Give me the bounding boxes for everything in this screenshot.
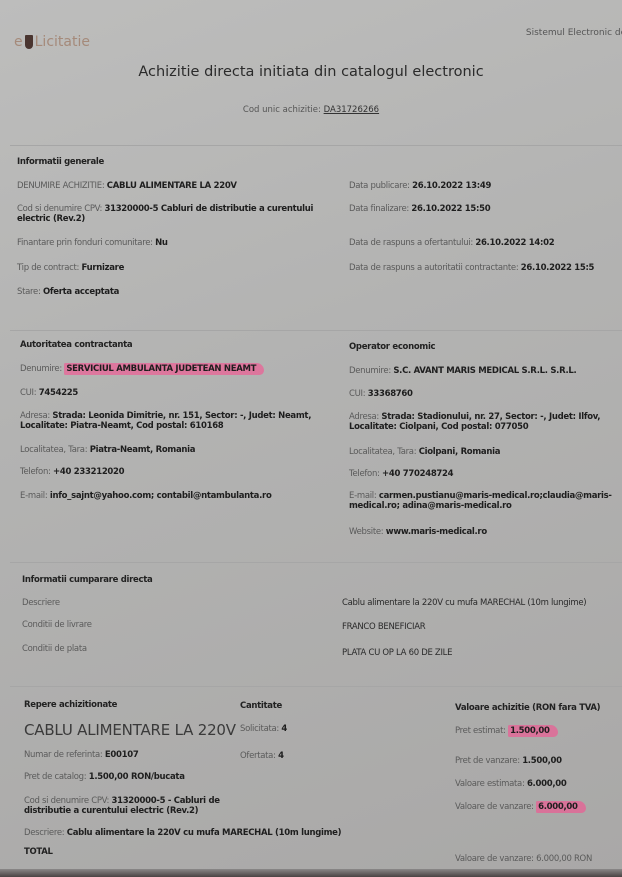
operator-website: Website: www.maris-medical.ro bbox=[349, 527, 487, 537]
label: Cod si denumire CPV: bbox=[24, 796, 109, 806]
unique-code-label: Cod unic achizitie: bbox=[243, 105, 321, 115]
value: Strada: Stadionului, nr. 27, Sector: -, … bbox=[349, 412, 600, 432]
value: +40 770248724 bbox=[382, 469, 453, 479]
page-title: Achizitie directa initiata din catalogul… bbox=[0, 64, 622, 80]
operator-name: Denumire: S.C. AVANT MARIS MEDICAL S.R.L… bbox=[349, 366, 576, 376]
catalog-price: Pret de catalog: 1.500,00 RON/bucata bbox=[24, 772, 185, 782]
label: Adresa: bbox=[20, 411, 50, 421]
authority-locality: Localitatea, Tara: Piatra-Neamt, Romania bbox=[20, 445, 195, 455]
sale-price: Pret de vanzare: 1.500,00 bbox=[455, 756, 562, 766]
system-name: Sistemul Electronic de Ac bbox=[526, 28, 622, 38]
total-label: TOTAL bbox=[24, 847, 53, 857]
value: Ciolpani, Romania bbox=[419, 447, 500, 457]
highlighted-value: 6.000,00 bbox=[536, 801, 586, 813]
unique-code: Cod unic achizitie: DA31726266 bbox=[0, 105, 622, 115]
value: 33368760 bbox=[368, 389, 413, 399]
value: Cablu alimentare la 220V cu mufa MARECHA… bbox=[67, 828, 341, 838]
delivery-conditions-value: FRANCO BENEFICIAR bbox=[342, 622, 425, 632]
total-value: Valoare de vanzare: 6.000,00 RON bbox=[455, 854, 592, 864]
field-bidder-response-date: Data de raspuns a ofertantului: 26.10.20… bbox=[349, 238, 554, 248]
label: CUI: bbox=[20, 388, 36, 398]
value[interactable]: www.maris-medical.ro bbox=[386, 527, 487, 537]
divider bbox=[10, 562, 622, 563]
operator-cui: CUI: 33368760 bbox=[349, 389, 413, 399]
field-eu-funding: Finantare prin fonduri comunitare: Nu bbox=[17, 238, 168, 248]
label: DENUMIRE ACHIZITIE: bbox=[17, 181, 104, 191]
label: Cod si denumire CPV: bbox=[17, 204, 102, 214]
page-edge-shadow bbox=[0, 869, 622, 877]
label: Ofertata: bbox=[240, 751, 276, 761]
value: 4 bbox=[278, 751, 284, 761]
value: 26.10.2022 13:49 bbox=[412, 181, 491, 191]
divider bbox=[10, 686, 622, 687]
field-status: Stare: Oferta acceptata bbox=[17, 287, 119, 297]
section-economic-operator-title: Operator economic bbox=[349, 342, 435, 352]
label: E-mail: bbox=[349, 491, 376, 501]
logo-prefix: e bbox=[14, 34, 23, 50]
purchase-description-value: Cablu alimentare la 220V cu mufa MARECHA… bbox=[342, 598, 586, 608]
value: Furnizare bbox=[82, 263, 125, 273]
reference-number: Numar de referinta: E00107 bbox=[24, 750, 138, 760]
label: Website: bbox=[349, 527, 383, 537]
value: 26.10.2022 15:50 bbox=[411, 204, 490, 214]
authority-address: Adresa: Strada: Leonida Dimitrie, nr. 15… bbox=[20, 411, 320, 431]
label: Data finalizare: bbox=[349, 204, 409, 214]
value: S.C. AVANT MARIS MEDICAL S.R.L. S.R.L. bbox=[393, 366, 576, 376]
label: Tip de contract: bbox=[17, 263, 79, 273]
section-general-info-title: Informatii generale bbox=[17, 157, 104, 167]
field-finalize-date: Data finalizare: 26.10.2022 15:50 bbox=[349, 204, 490, 214]
label: Numar de referinta: bbox=[24, 750, 102, 760]
value: Nu bbox=[155, 238, 168, 248]
highlighted-value: SERVICIUL AMBULANTA JUDETEAN NEAMT bbox=[64, 363, 264, 375]
requested-quantity: Solicitata: 4 bbox=[240, 724, 287, 734]
value: CABLU ALIMENTARE LA 220V bbox=[107, 181, 237, 191]
label: Telefon: bbox=[20, 467, 51, 477]
item-description: Descriere: Cablu alimentare la 220V cu m… bbox=[24, 828, 341, 838]
divider bbox=[10, 145, 622, 146]
procurement-document: e Licitatie Sistemul Electronic de Ac Ac… bbox=[0, 0, 622, 870]
label: Denumire: bbox=[349, 366, 391, 376]
value: 26.10.2022 14:02 bbox=[475, 238, 554, 248]
value: 6.000,00 bbox=[527, 779, 567, 789]
field-authority-response-date: Data de raspuns a autoritatii contractan… bbox=[349, 263, 594, 273]
label: Descriere: bbox=[24, 828, 64, 838]
operator-address: Adresa: Strada: Stadionului, nr. 27, Sec… bbox=[349, 412, 622, 432]
authority-phone: Telefon: +40 233212020 bbox=[20, 467, 124, 477]
value: 26.10.2022 15:5 bbox=[521, 263, 594, 273]
label: Adresa: bbox=[349, 412, 379, 422]
authority-name: Denumire: SERVICIUL AMBULANTA JUDETEAN N… bbox=[20, 364, 264, 374]
label: Valoare estimata: bbox=[455, 779, 525, 789]
value: E00107 bbox=[105, 750, 139, 760]
value-column-header: Valoare achizitie (RON fara TVA) bbox=[455, 703, 600, 713]
value: 7454225 bbox=[39, 388, 78, 398]
label: Stare: bbox=[17, 287, 41, 297]
value: Oferta acceptata bbox=[43, 287, 119, 297]
value: 4 bbox=[281, 724, 287, 734]
label: Solicitata: bbox=[240, 724, 279, 734]
value: 1.500,00 bbox=[522, 756, 562, 766]
label: Pret estimat: bbox=[455, 726, 506, 736]
section-purchase-info-title: Informatii cumparare directa bbox=[22, 575, 152, 585]
payment-conditions-label: Conditii de plata bbox=[22, 644, 87, 654]
divider bbox=[10, 330, 622, 331]
purchase-description-label: Descriere bbox=[22, 598, 60, 608]
value: Piatra-Neamt, Romania bbox=[90, 445, 196, 455]
elicitatie-logo[interactable]: e Licitatie bbox=[14, 34, 90, 50]
label: E-mail: bbox=[20, 491, 47, 501]
offered-quantity: Ofertata: 4 bbox=[240, 751, 284, 761]
label: Pret de catalog: bbox=[24, 772, 86, 782]
operator-phone: Telefon: +40 770248724 bbox=[349, 469, 453, 479]
value[interactable]: carmen.pustianu@maris-medical.ro;claudia… bbox=[349, 491, 612, 511]
item-cpv: Cod si denumire CPV: 31320000-5 - Cablur… bbox=[24, 796, 224, 816]
label: Localitatea, Tara: bbox=[349, 447, 416, 457]
delivery-conditions-label: Conditii de livrare bbox=[22, 620, 92, 630]
authority-cui: CUI: 7454225 bbox=[20, 388, 78, 398]
value: +40 233212020 bbox=[53, 467, 124, 477]
value: Strada: Leonida Dimitrie, nr. 151, Secto… bbox=[20, 411, 311, 431]
label: Data de raspuns a autoritatii contractan… bbox=[349, 263, 518, 273]
field-acquisition-name: DENUMIRE ACHIZITIE: CABLU ALIMENTARE LA … bbox=[17, 181, 237, 191]
authority-email: E-mail: info_sajnt@yahoo.com; contabil@n… bbox=[20, 491, 271, 501]
payment-conditions-value: PLATA CU OP LA 60 DE ZILE bbox=[342, 648, 452, 658]
section-contracting-authority-title: Autoritatea contractanta bbox=[20, 340, 132, 350]
label: Valoare de vanzare: bbox=[455, 802, 534, 812]
field-contract-type: Tip de contract: Furnizare bbox=[17, 263, 124, 273]
quantity-column-header: Cantitate bbox=[240, 701, 282, 711]
highlighted-value: 1.500,00 bbox=[508, 725, 558, 737]
value[interactable]: info_sajnt@yahoo.com; contabil@ntambulan… bbox=[50, 491, 272, 501]
operator-email: E-mail: carmen.pustianu@maris-medical.ro… bbox=[349, 491, 621, 511]
label: Finantare prin fonduri comunitare: bbox=[17, 238, 153, 248]
label: Pret de vanzare: bbox=[455, 756, 520, 766]
label: Localitatea, Tara: bbox=[20, 445, 87, 455]
field-cpv: Cod si denumire CPV: 31320000-5 Cabluri … bbox=[17, 204, 337, 224]
label: Denumire: bbox=[20, 364, 62, 374]
estimated-price: Pret estimat: 1.500,00 bbox=[455, 726, 558, 736]
unique-code-link[interactable]: DA31726266 bbox=[324, 105, 379, 115]
operator-locality: Localitatea, Tara: Ciolpani, Romania bbox=[349, 447, 500, 457]
value: 1.500,00 RON/bucata bbox=[89, 772, 185, 782]
field-publish-date: Data publicare: 26.10.2022 13:49 bbox=[349, 181, 491, 191]
label: CUI: bbox=[349, 389, 365, 399]
estimated-value: Valoare estimata: 6.000,00 bbox=[455, 779, 566, 789]
sale-value: Valoare de vanzare: 6.000,00 bbox=[455, 802, 586, 812]
shield-icon bbox=[25, 35, 33, 49]
label: Telefon: bbox=[349, 469, 380, 479]
label: Data publicare: bbox=[349, 181, 410, 191]
item-name: CABLU ALIMENTARE LA 220V bbox=[24, 721, 236, 739]
items-column-header: Repere achizitionate bbox=[24, 700, 117, 710]
logo-text: Licitatie bbox=[35, 34, 90, 50]
label: Data de raspuns a ofertantului: bbox=[349, 238, 473, 248]
